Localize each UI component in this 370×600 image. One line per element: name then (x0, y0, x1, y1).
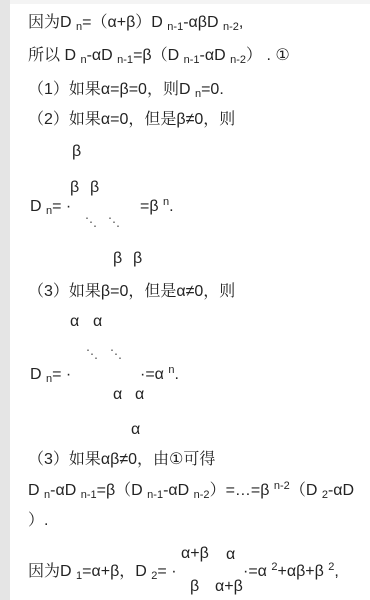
top-edge-strip (10, 0, 370, 4)
beta-matrix-rhs: =β n. (140, 196, 174, 217)
case2-intro-line: （2）如果α=0，但是β≠0，则 (28, 109, 235, 130)
document-page: 因为D n=（α+β）D n-1-αβD n-2, 所以 D n-αD n-1=… (0, 0, 370, 600)
d2-matrix-entry: α+β (215, 578, 243, 596)
alpha-matrix-entry: α (70, 313, 79, 331)
beta-matrix-entry: β (90, 179, 99, 197)
beta-matrix-entry: β (70, 179, 79, 197)
alpha-matrix-lhs: D n= · (30, 364, 71, 385)
d2-matrix-entry: α+β (181, 545, 209, 563)
alpha-matrix-entry: α (113, 386, 122, 404)
diagonal-dots-icon: ⋱ (110, 348, 122, 360)
diagonal-dots-icon: ⋱ (85, 216, 97, 228)
beta-matrix-lhs: D n= · (30, 196, 71, 217)
case1-line: （1）如果α=β=0，则D n=0. (28, 79, 224, 100)
premise-line: 因为D n=（α+β）D n-1-αβD n-2, (28, 12, 243, 33)
diagonal-dots-icon: ⋱ (108, 216, 120, 228)
alpha-matrix-stray-entry: α (131, 421, 140, 439)
alpha-matrix-entry: α (93, 313, 102, 331)
alpha-matrix-rhs: ·=α n. (140, 364, 179, 385)
recurrence-wrap-line: ）. (28, 510, 48, 531)
diagonal-dots-icon: ⋱ (86, 348, 98, 360)
alpha-matrix-entry: α (135, 386, 144, 404)
case4-intro-line: （3）如果αβ≠0，由①可得 (28, 449, 215, 470)
derivation-line: 所以 D n-αD n-1=β（D n-1-αD n-2） . ① (28, 45, 290, 66)
d2-eval-lhs: 因为D 1=α+β，D 2= · (28, 561, 177, 582)
case3-intro-line: （3）如果β=0，但是α≠0，则 (28, 281, 235, 302)
left-gutter (0, 0, 10, 600)
d2-matrix-entry: β (190, 578, 199, 596)
d2-matrix-entry: α (226, 546, 235, 564)
recurrence-line: D n-αD n-1=β（D n-1-αD n-2）=…=β n-2（D 2-α… (28, 480, 354, 501)
beta-matrix-stray-entry: β (72, 143, 81, 161)
beta-matrix-entry: β (133, 250, 142, 268)
d2-eval-rhs: ·=α 2+αβ+β 2, (243, 561, 339, 582)
beta-matrix-entry: β (113, 250, 122, 268)
